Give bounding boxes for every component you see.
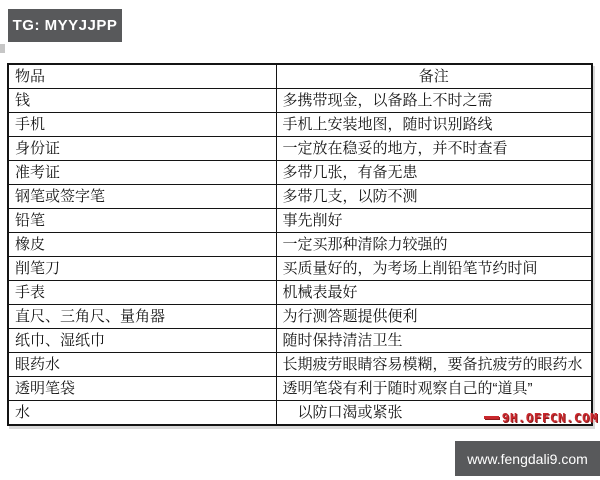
table-header: 物品 备注 (8, 64, 592, 89)
header-note: 备注 (276, 64, 592, 89)
item-cell: 眼药水 (8, 353, 276, 377)
table-row: 透明笔袋透明笔袋有利于随时观察自己的“道具” (8, 377, 592, 401)
table-row: 直尺、三角尺、量角器为行测答题提供便利 (8, 305, 592, 329)
header-item: 物品 (8, 64, 276, 89)
note-cell: 为行测答题提供便利 (276, 305, 592, 329)
item-cell: 直尺、三角尺、量角器 (8, 305, 276, 329)
telegram-badge-label: TG: MYYJJPP (13, 17, 118, 34)
item-cell: 钢笔或签字笔 (8, 185, 276, 209)
note-cell: 机械表最好 (276, 281, 592, 305)
note-cell: 多带几张，有备无患 (276, 161, 592, 185)
table-row: 钱多携带现金，以备路上不时之需 (8, 89, 592, 113)
item-cell: 铅笔 (8, 209, 276, 233)
note-cell: 手机上安装地图，随时识别路线 (276, 113, 592, 137)
table-row: 削笔刀买质量好的，为考场上削铅笔节约时间 (8, 257, 592, 281)
table-row: 钢笔或签字笔多带几支，以防不测 (8, 185, 592, 209)
note-cell: 一定买那种清除力较强的 (276, 233, 592, 257)
note-cell: 随时保持清洁卫生 (276, 329, 592, 353)
page: { "badges": { "top_left": { "label": "TG… (0, 0, 600, 480)
watermark-dash-icon (484, 416, 499, 419)
header-row: 物品 备注 (8, 64, 592, 89)
offcn-watermark: 9H.OFFCN.COM (484, 410, 598, 425)
table-row: 铅笔事先削好 (8, 209, 592, 233)
item-cell: 准考证 (8, 161, 276, 185)
item-cell: 钱 (8, 89, 276, 113)
note-cell: 长期疲劳眼睛容易模糊，要备抗疲劳的眼药水 (276, 353, 592, 377)
item-cell: 削笔刀 (8, 257, 276, 281)
note-cell: 一定放在稳妥的地方，并不时查看 (276, 137, 592, 161)
site-badge-label: www.fengdali9.com (467, 451, 588, 467)
note-cell: 多带几支，以防不测 (276, 185, 592, 209)
note-cell: 买质量好的，为考场上削铅笔节约时间 (276, 257, 592, 281)
table-row: 身份证一定放在稳妥的地方，并不时查看 (8, 137, 592, 161)
item-cell: 手表 (8, 281, 276, 305)
item-cell: 身份证 (8, 137, 276, 161)
site-badge: www.fengdali9.com (455, 441, 600, 476)
table-row: 橡皮一定买那种清除力较强的 (8, 233, 592, 257)
item-cell: 水 (8, 401, 276, 426)
watermark-text: 9H.OFFCN.COM (502, 410, 598, 425)
item-cell: 手机 (8, 113, 276, 137)
table-body: 钱多携带现金，以备路上不时之需手机手机上安装地图，随时识别路线身份证一定放在稳妥… (8, 89, 592, 426)
note-cell: 多携带现金，以备路上不时之需 (276, 89, 592, 113)
table-row: 手机手机上安装地图，随时识别路线 (8, 113, 592, 137)
note-cell: 事先削好 (276, 209, 592, 233)
scan-artifact (0, 44, 5, 53)
items-table: 物品 备注 钱多携带现金，以备路上不时之需手机手机上安装地图，随时识别路线身份证… (7, 63, 593, 426)
note-cell: 透明笔袋有利于随时观察自己的“道具” (276, 377, 592, 401)
table-row: 准考证多带几张，有备无患 (8, 161, 592, 185)
item-cell: 橡皮 (8, 233, 276, 257)
item-cell: 透明笔袋 (8, 377, 276, 401)
table-row: 纸巾、湿纸巾随时保持清洁卫生 (8, 329, 592, 353)
item-cell: 纸巾、湿纸巾 (8, 329, 276, 353)
telegram-badge: TG: MYYJJPP (8, 9, 122, 42)
table-row: 手表机械表最好 (8, 281, 592, 305)
table-row: 眼药水长期疲劳眼睛容易模糊，要备抗疲劳的眼药水 (8, 353, 592, 377)
